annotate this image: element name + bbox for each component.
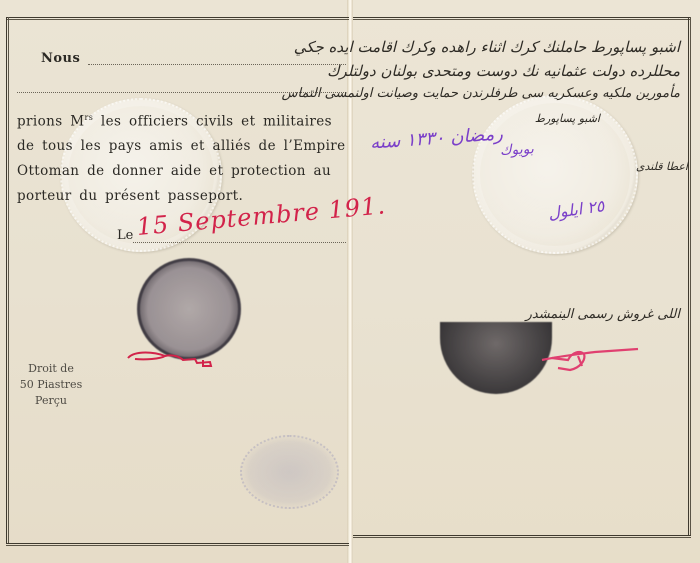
- ottoman-line-3: مأمورين ملكيه وعسكريه سى طرفلرندن حمايت …: [282, 86, 680, 101]
- body-line-2: de tous les pays amis et alliés de l’Emp…: [17, 138, 346, 154]
- right-border-top: [353, 17, 691, 20]
- date-label: Le: [117, 228, 133, 243]
- right-border-bottom: [353, 535, 691, 538]
- red-signature-left: [125, 348, 220, 370]
- left-border-top: [6, 17, 349, 20]
- ottoman-line-4: اشبو پساپورط: [535, 112, 600, 125]
- ottoman-line-5: اعطا قلندى: [636, 160, 688, 173]
- fee-line-1: Droit de: [6, 362, 96, 375]
- ottoman-line-2: محللرده دولت عثمانيه نك دوست ومتحدى بولن…: [327, 62, 680, 80]
- violet-handwriting-2: بويوك: [500, 141, 535, 159]
- salutation: Nous: [41, 51, 80, 66]
- faint-blue-stamp: [240, 435, 339, 509]
- body-line-3: Ottoman de donner aide et protection au: [17, 163, 331, 179]
- date-dotted-line: [133, 242, 346, 243]
- ink-stamp-left: [137, 258, 241, 360]
- page-fold: [347, 0, 353, 563]
- left-border-bottom: [6, 543, 349, 546]
- red-signature-right: [540, 346, 640, 376]
- name-dotted-line: [88, 64, 346, 65]
- left-border-left: [6, 17, 9, 544]
- fee-line-2: 50 Piastres: [6, 378, 96, 391]
- body-line-1: prions Mrs les officiers civils et milit…: [17, 113, 332, 130]
- right-border-right: [688, 17, 691, 536]
- ottoman-fee-note: اللى غروش رسمى الينمشدر: [526, 307, 680, 322]
- body-line-4: porteur du présent passeport.: [17, 188, 243, 204]
- fee-line-3: Perçu: [6, 394, 96, 407]
- ottoman-line-1: اشبو پساپورط حاملنك كرك اثناء راهده وكرك…: [294, 38, 680, 56]
- right-page: [352, 0, 700, 563]
